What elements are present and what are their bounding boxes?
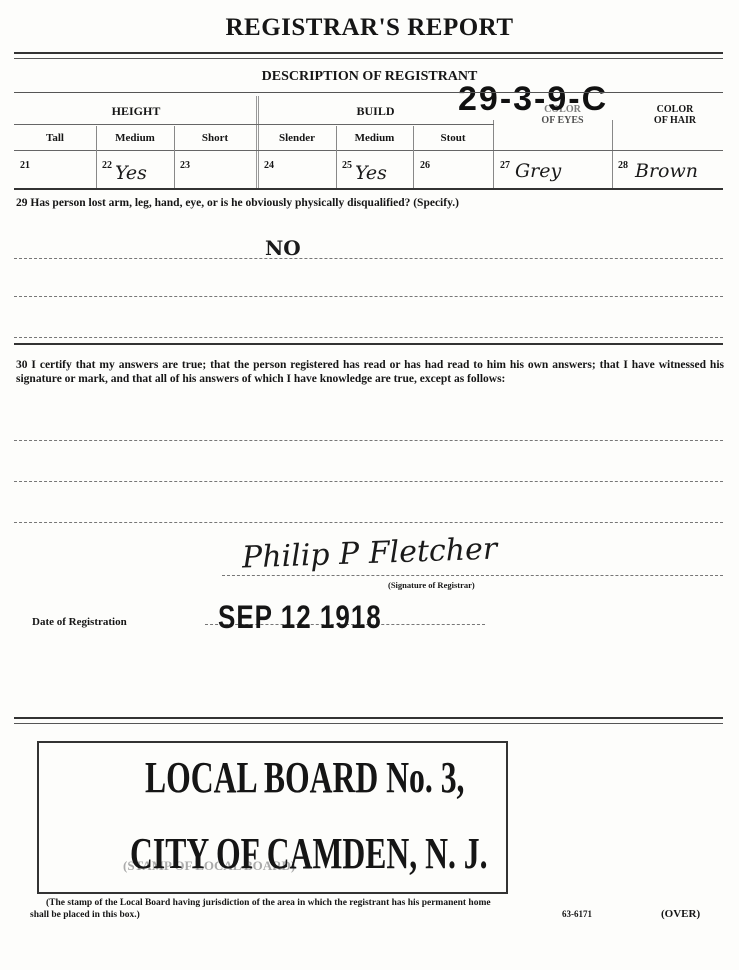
height-medium-value: Yes — [115, 162, 147, 184]
field-number: 22 — [102, 160, 112, 171]
field-number: 21 — [20, 160, 30, 171]
subheader-bottom-rule — [14, 150, 723, 151]
eye-color-value: Grey — [515, 160, 561, 182]
question-30-certification: 30 I certify that my answers are true; t… — [16, 358, 724, 386]
signature-line — [222, 575, 723, 576]
col-build-medium: Medium — [336, 132, 413, 144]
question-29-answer: NO — [265, 236, 301, 260]
answer-line — [14, 296, 723, 297]
col-tall: Tall — [14, 132, 96, 144]
stamp-line-1: LOCAL BOARD No. 3, — [145, 752, 464, 803]
subheader-rule — [14, 124, 494, 125]
table-bottom-rule — [14, 188, 723, 190]
over-indicator: (OVER) — [661, 908, 700, 920]
divider — [14, 58, 723, 59]
column-divider — [612, 120, 613, 188]
registration-date-stamp: SEP 12 1918 — [218, 598, 382, 637]
col-height-medium: Medium — [96, 132, 174, 144]
signature-caption: (Signature of Registrar) — [388, 580, 475, 590]
column-divider — [493, 120, 494, 188]
answer-line — [14, 522, 723, 523]
question-29: 29 Has person lost arm, leg, hand, eye, … — [16, 196, 724, 210]
section-divider — [14, 343, 723, 345]
stamp-line-2: CITY OF CAMDEN, N. J. — [130, 828, 488, 879]
field-number: 23 — [180, 160, 190, 171]
section-divider — [14, 717, 723, 719]
height-group-header: HEIGHT — [18, 104, 254, 119]
stamp-box-caption: (The stamp of the Local Board having jur… — [30, 897, 510, 921]
hair-color-value: Brown — [635, 160, 698, 182]
build-medium-value: Yes — [355, 162, 387, 184]
form-number: 63-6171 — [562, 909, 592, 919]
field-number: 24 — [264, 160, 274, 171]
field-number: 27 — [500, 160, 510, 171]
answer-line — [14, 440, 723, 441]
hair-color-header: COLOR OF HAIR — [630, 104, 720, 126]
field-number: 25 — [342, 160, 352, 171]
table-top-rule — [14, 92, 723, 93]
registration-date-label: Date of Registration — [32, 616, 127, 628]
field-number: 28 — [618, 160, 628, 171]
section-title: DESCRIPTION OF REGISTRANT — [0, 69, 739, 85]
col-slender: Slender — [258, 132, 336, 144]
eye-color-header: COLOR OF EYES — [515, 104, 610, 126]
divider — [14, 52, 723, 54]
answer-line — [14, 258, 723, 259]
page-title: REGISTRAR'S REPORT — [0, 14, 739, 42]
build-group-header: BUILD — [258, 104, 493, 119]
field-number: 26 — [420, 160, 430, 171]
col-short: Short — [174, 132, 256, 144]
answer-line — [14, 337, 723, 338]
registrar-signature: Philip P Fletcher — [241, 532, 497, 576]
answer-line — [14, 481, 723, 482]
col-stout: Stout — [413, 132, 493, 144]
section-divider — [14, 723, 723, 724]
